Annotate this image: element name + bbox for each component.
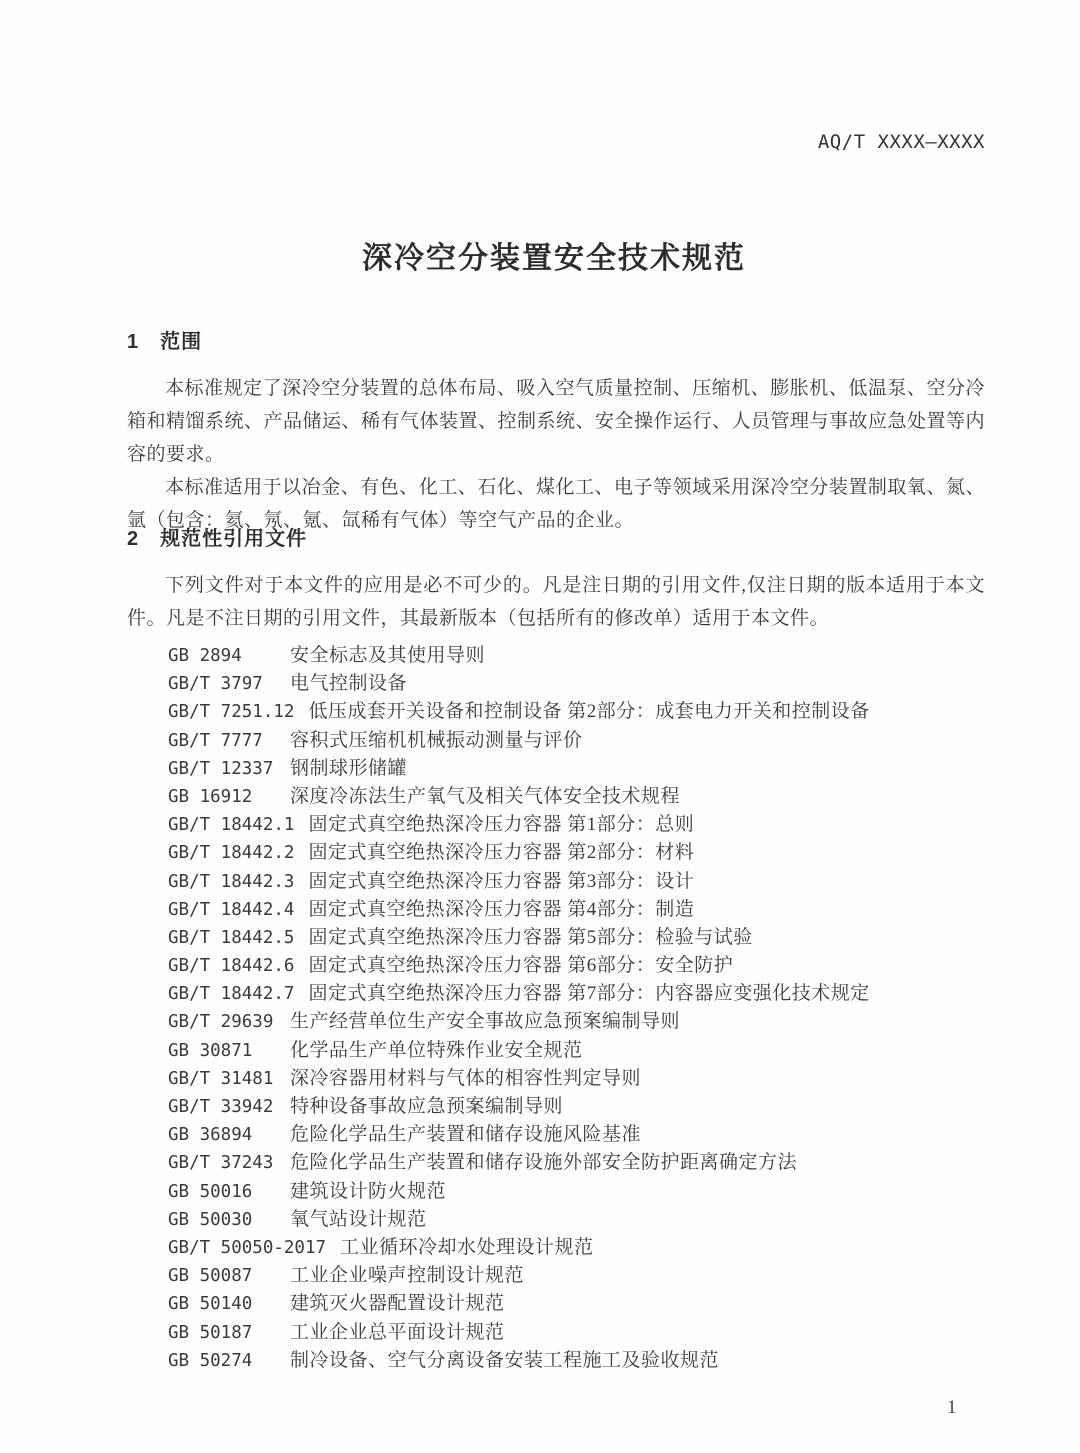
- reference-code: GB/T 18442.2: [168, 839, 294, 867]
- standard-number-header: AQ/T XXXX—XXXX: [818, 131, 985, 153]
- document-title: 深冷空分装置安全技术规范: [0, 233, 1080, 277]
- reference-code: GB/T 3797: [168, 670, 276, 698]
- page-number: 1: [947, 1397, 957, 1419]
- reference-code: GB 50140: [168, 1290, 276, 1318]
- reference-title: 氧气站设计规范: [290, 1206, 427, 1234]
- reference-title: 容积式压缩机机械振动测量与评价: [290, 727, 583, 755]
- reference-title: 固定式真空绝热深冷压力容器 第2部分：材料: [308, 839, 694, 867]
- reference-code: GB/T 12337: [168, 755, 276, 783]
- reference-code: GB 36894: [168, 1121, 276, 1149]
- reference-code: GB/T 50050-2017: [168, 1234, 326, 1262]
- reference-title: 固定式真空绝热深冷压力容器 第4部分：制造: [308, 896, 694, 924]
- reference-row: GB/T 18442.5 固定式真空绝热深冷压力容器 第5部分：检验与试验: [168, 924, 988, 952]
- reference-title: 工业企业噪声控制设计规范: [290, 1262, 524, 1290]
- section-1-title: 范围: [160, 331, 202, 353]
- reference-title: 生产经营单位生产安全事故应急预案编制导则: [290, 1008, 680, 1036]
- reference-row: GB/T 37243 危险化学品生产装置和储存设施外部安全防护距离确定方法: [168, 1149, 988, 1177]
- reference-title: 危险化学品生产装置和储存设施风险基准: [290, 1121, 641, 1149]
- reference-code: GB 50187: [168, 1319, 276, 1347]
- reference-code: GB/T 18442.4: [168, 896, 294, 924]
- reference-row: GB/T 50050-2017 工业循环冷却水处理设计规范: [168, 1234, 988, 1262]
- section-2-title: 规范性引用文件: [160, 528, 307, 550]
- reference-row: GB/T 18442.7 固定式真空绝热深冷压力容器 第7部分：内容器应变强化技…: [168, 980, 988, 1008]
- reference-title: 化学品生产单位特殊作业安全规范: [290, 1037, 583, 1065]
- reference-code: GB 50016: [168, 1178, 276, 1206]
- reference-row: GB/T 18442.3 固定式真空绝热深冷压力容器 第3部分：设计: [168, 868, 988, 896]
- reference-title: 建筑灭火器配置设计规范: [290, 1290, 505, 1318]
- reference-row: GB/T 33942 特种设备事故应急预案编制导则: [168, 1093, 988, 1121]
- reference-title: 危险化学品生产装置和储存设施外部安全防护距离确定方法: [290, 1149, 797, 1177]
- reference-row: GB/T 12337 钢制球形储罐: [168, 755, 988, 783]
- reference-title: 特种设备事故应急预案编制导则: [290, 1093, 563, 1121]
- reference-title: 固定式真空绝热深冷压力容器 第3部分：设计: [308, 868, 694, 896]
- reference-code: GB 30871: [168, 1037, 276, 1065]
- reference-row: GB 2894 安全标志及其使用导则: [168, 642, 988, 670]
- reference-code: GB/T 7777: [168, 727, 276, 755]
- reference-row: GB/T 29639 生产经营单位生产安全事故应急预案编制导则: [168, 1008, 988, 1036]
- reference-code: GB/T 18442.7: [168, 980, 294, 1008]
- reference-row: GB 50140 建筑灭火器配置设计规范: [168, 1290, 988, 1318]
- document-page: AQ/T XXXX—XXXX 深冷空分装置安全技术规范 1范围 本标准规定了深冷…: [0, 0, 1080, 1453]
- reference-title: 工业循环冷却水处理设计规范: [340, 1234, 594, 1262]
- reference-title: 电气控制设备: [290, 670, 407, 698]
- reference-title: 深度冷冻法生产氧气及相关气体安全技术规程: [290, 783, 680, 811]
- reference-title: 固定式真空绝热深冷压力容器 第7部分：内容器应变强化技术规定: [308, 980, 869, 1008]
- reference-row: GB 50187 工业企业总平面设计规范: [168, 1319, 988, 1347]
- scope-paragraph-1: 本标准规定了深冷空分装置的总体布局、吸入空气质量控制、压缩机、膨胀机、低温泵、空…: [127, 372, 985, 471]
- references-intro-paragraph: 下列文件对于本文件的应用是必不可少的。凡是注日期的引用文件,仅注日期的版本适用于…: [127, 569, 985, 635]
- section-2-heading: 2规范性引用文件: [127, 522, 307, 551]
- reference-code: GB 16912: [168, 783, 276, 811]
- reference-row: GB 16912 深度冷冻法生产氧气及相关气体安全技术规程: [168, 783, 988, 811]
- reference-code: GB/T 29639: [168, 1008, 276, 1036]
- reference-code: GB/T 33942: [168, 1093, 276, 1121]
- reference-code: GB/T 18442.6: [168, 952, 294, 980]
- reference-title: 工业企业总平面设计规范: [290, 1319, 505, 1347]
- reference-code: GB/T 18442.3: [168, 868, 294, 896]
- reference-row: GB 50016 建筑设计防火规范: [168, 1178, 988, 1206]
- section-1-number: 1: [127, 331, 139, 354]
- reference-row: GB/T 7251.12 低压成套开关设备和控制设备 第2部分：成套电力开关和控…: [168, 698, 988, 726]
- reference-row: GB/T 18442.4 固定式真空绝热深冷压力容器 第4部分：制造: [168, 896, 988, 924]
- reference-row: GB/T 31481 深冷容器用材料与气体的相容性判定导则: [168, 1065, 988, 1093]
- section-2-body: 下列文件对于本文件的应用是必不可少的。凡是注日期的引用文件,仅注日期的版本适用于…: [127, 569, 985, 635]
- reference-code: GB 50030: [168, 1206, 276, 1234]
- reference-title: 钢制球形储罐: [290, 755, 407, 783]
- reference-row: GB 50274 制冷设备、空气分离设备安装工程施工及验收规范: [168, 1347, 988, 1375]
- reference-title: 固定式真空绝热深冷压力容器 第6部分：安全防护: [308, 952, 733, 980]
- reference-row: GB 50087 工业企业噪声控制设计规范: [168, 1262, 988, 1290]
- reference-title: 制冷设备、空气分离设备安装工程施工及验收规范: [290, 1347, 719, 1375]
- reference-row: GB/T 7777 容积式压缩机机械振动测量与评价: [168, 727, 988, 755]
- reference-code: GB 50274: [168, 1347, 276, 1375]
- reference-row: GB 50030 氧气站设计规范: [168, 1206, 988, 1234]
- reference-code: GB 50087: [168, 1262, 276, 1290]
- section-2-number: 2: [127, 528, 139, 551]
- reference-title: 建筑设计防火规范: [290, 1178, 446, 1206]
- reference-row: GB/T 18442.1 固定式真空绝热深冷压力容器 第1部分：总则: [168, 811, 988, 839]
- section-1-body: 本标准规定了深冷空分装置的总体布局、吸入空气质量控制、压缩机、膨胀机、低温泵、空…: [127, 372, 985, 537]
- reference-code: GB 2894: [168, 642, 276, 670]
- reference-row: GB 36894 危险化学品生产装置和储存设施风险基准: [168, 1121, 988, 1149]
- reference-title: 深冷容器用材料与气体的相容性判定导则: [290, 1065, 641, 1093]
- section-1-heading: 1范围: [127, 325, 202, 354]
- reference-code: GB/T 31481: [168, 1065, 276, 1093]
- reference-row: GB 30871 化学品生产单位特殊作业安全规范: [168, 1037, 988, 1065]
- reference-title: 固定式真空绝热深冷压力容器 第5部分：检验与试验: [308, 924, 752, 952]
- reference-title: 固定式真空绝热深冷压力容器 第1部分：总则: [308, 811, 694, 839]
- references-list: GB 2894 安全标志及其使用导则 GB/T 3797 电气控制设备 GB/T…: [168, 642, 988, 1375]
- reference-code: GB/T 7251.12: [168, 698, 294, 726]
- reference-code: GB/T 37243: [168, 1149, 276, 1177]
- reference-row: GB/T 3797 电气控制设备: [168, 670, 988, 698]
- reference-code: GB/T 18442.5: [168, 924, 294, 952]
- reference-code: GB/T 18442.1: [168, 811, 294, 839]
- reference-row: GB/T 18442.6 固定式真空绝热深冷压力容器 第6部分：安全防护: [168, 952, 988, 980]
- reference-row: GB/T 18442.2 固定式真空绝热深冷压力容器 第2部分：材料: [168, 839, 988, 867]
- reference-title: 低压成套开关设备和控制设备 第2部分：成套电力开关和控制设备: [308, 698, 869, 726]
- reference-title: 安全标志及其使用导则: [290, 642, 485, 670]
